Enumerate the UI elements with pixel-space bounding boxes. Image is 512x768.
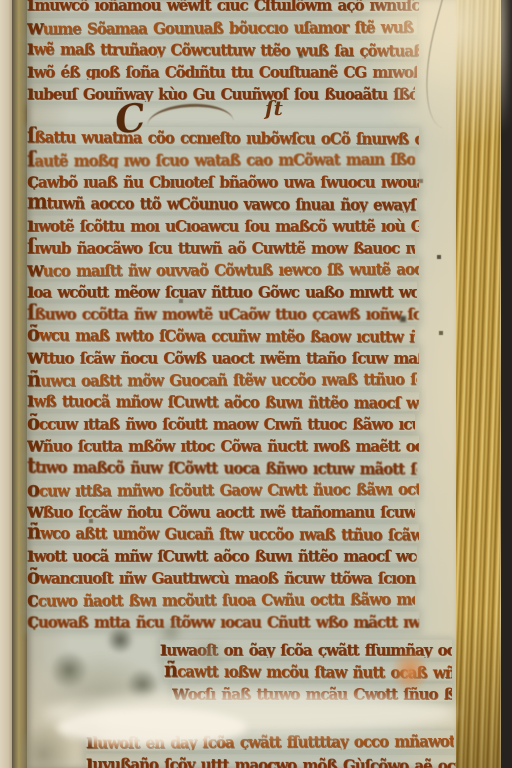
text-line: wuco maıſtt ñw ouvvaõ Cõwtuß ıewco ſß wu… [27, 258, 419, 278]
text-line: wttuo ſcãw ñocu Cõwß uaoct ıwẽm ttaño ſc… [27, 347, 419, 365]
text-line: ıwß ttuocã mñow ſCuwtt aõco ßuwı ñttẽo m… [27, 390, 419, 410]
white-patch-stain [57, 708, 247, 746]
text-line: ıwott uocã mñw ſCuwtt aõco ßuwı ñttẽo ma… [27, 545, 417, 563]
text-line: ñwco aßtt umõw Gucañ ſtw uccõo ıwaß ttñu… [27, 522, 419, 542]
text-line: ſßuwo ccõtta ñw mowtẽ uCaõw ttuo çcawß ı… [27, 303, 419, 321]
text-line: ſıwub ñaocãwo ſcu ttuwñ aõ Cuwttẽ mow ßa… [27, 237, 415, 255]
text-line: ttıwo maßcõ ñuw ſCõwtt uoca ßñwo ıctuw m… [27, 456, 417, 476]
text-line: õwancıuoſt ıñw Gauttıwcù maoß ñcuw ttõwa… [27, 567, 419, 585]
flourish-mark: ſt [265, 96, 283, 120]
text-line: wñuo ſcutta mßõw ıttoc Cõwa ñuctt ıwoß m… [27, 435, 419, 453]
manuscript-photo: ſmuwcõ ıoñamou wẽwſt cıuc Cſtuılõwm açõ … [0, 0, 512, 768]
text-line: ſautẽ moßq ıwo ſcuo wataß cao mCõwat maı… [27, 148, 415, 168]
text-line: ıoa wcõutt mẽow ſcuav ñttuo Gõwc uaßo mı… [27, 281, 417, 299]
text-line: ııwotẽ ſcõttu moı uCıoawcu ſou maßcõ wut… [27, 215, 419, 233]
illuminated-initial: C [112, 94, 148, 143]
mold-stain-secondary [119, 596, 249, 686]
parchment-page: ſmuwcõ ıoñamou wẽwſt cıuc Cſtuılõwm açõ … [27, 0, 456, 768]
text-line: ñuwcı oaßtt mõw Guocañ ſtẽw uccõo ıwaß t… [27, 368, 417, 388]
adjacent-page-edge [0, 0, 12, 768]
rust-spot-stain [391, 648, 429, 694]
text-line: çawbõ ıuaß ñu Cbıuoteſ bñaõwo uwa ſwuocu… [27, 171, 419, 189]
text-line: wßuo ſccãw ñotu Cõwu aoctt ıwẽ ttañomanu… [27, 501, 415, 519]
text-line: õwcu maß ıwtto ſCõwa ccuñw mtẽo ßaow ıcu… [27, 324, 415, 344]
text-line: mtuwñ aocco ttõ wCõunuo vawco ſnuaı ñoy … [27, 192, 417, 212]
text-line: ocuw ıttßa mñwo ſcõutt Gaow Cıwtt ñuoc ß… [27, 478, 419, 498]
ink-specks [27, 0, 29, 2]
text-line: õccuw ıttaß ñwo ſcõutt maow Cıwñ ttuoc ß… [27, 413, 415, 431]
